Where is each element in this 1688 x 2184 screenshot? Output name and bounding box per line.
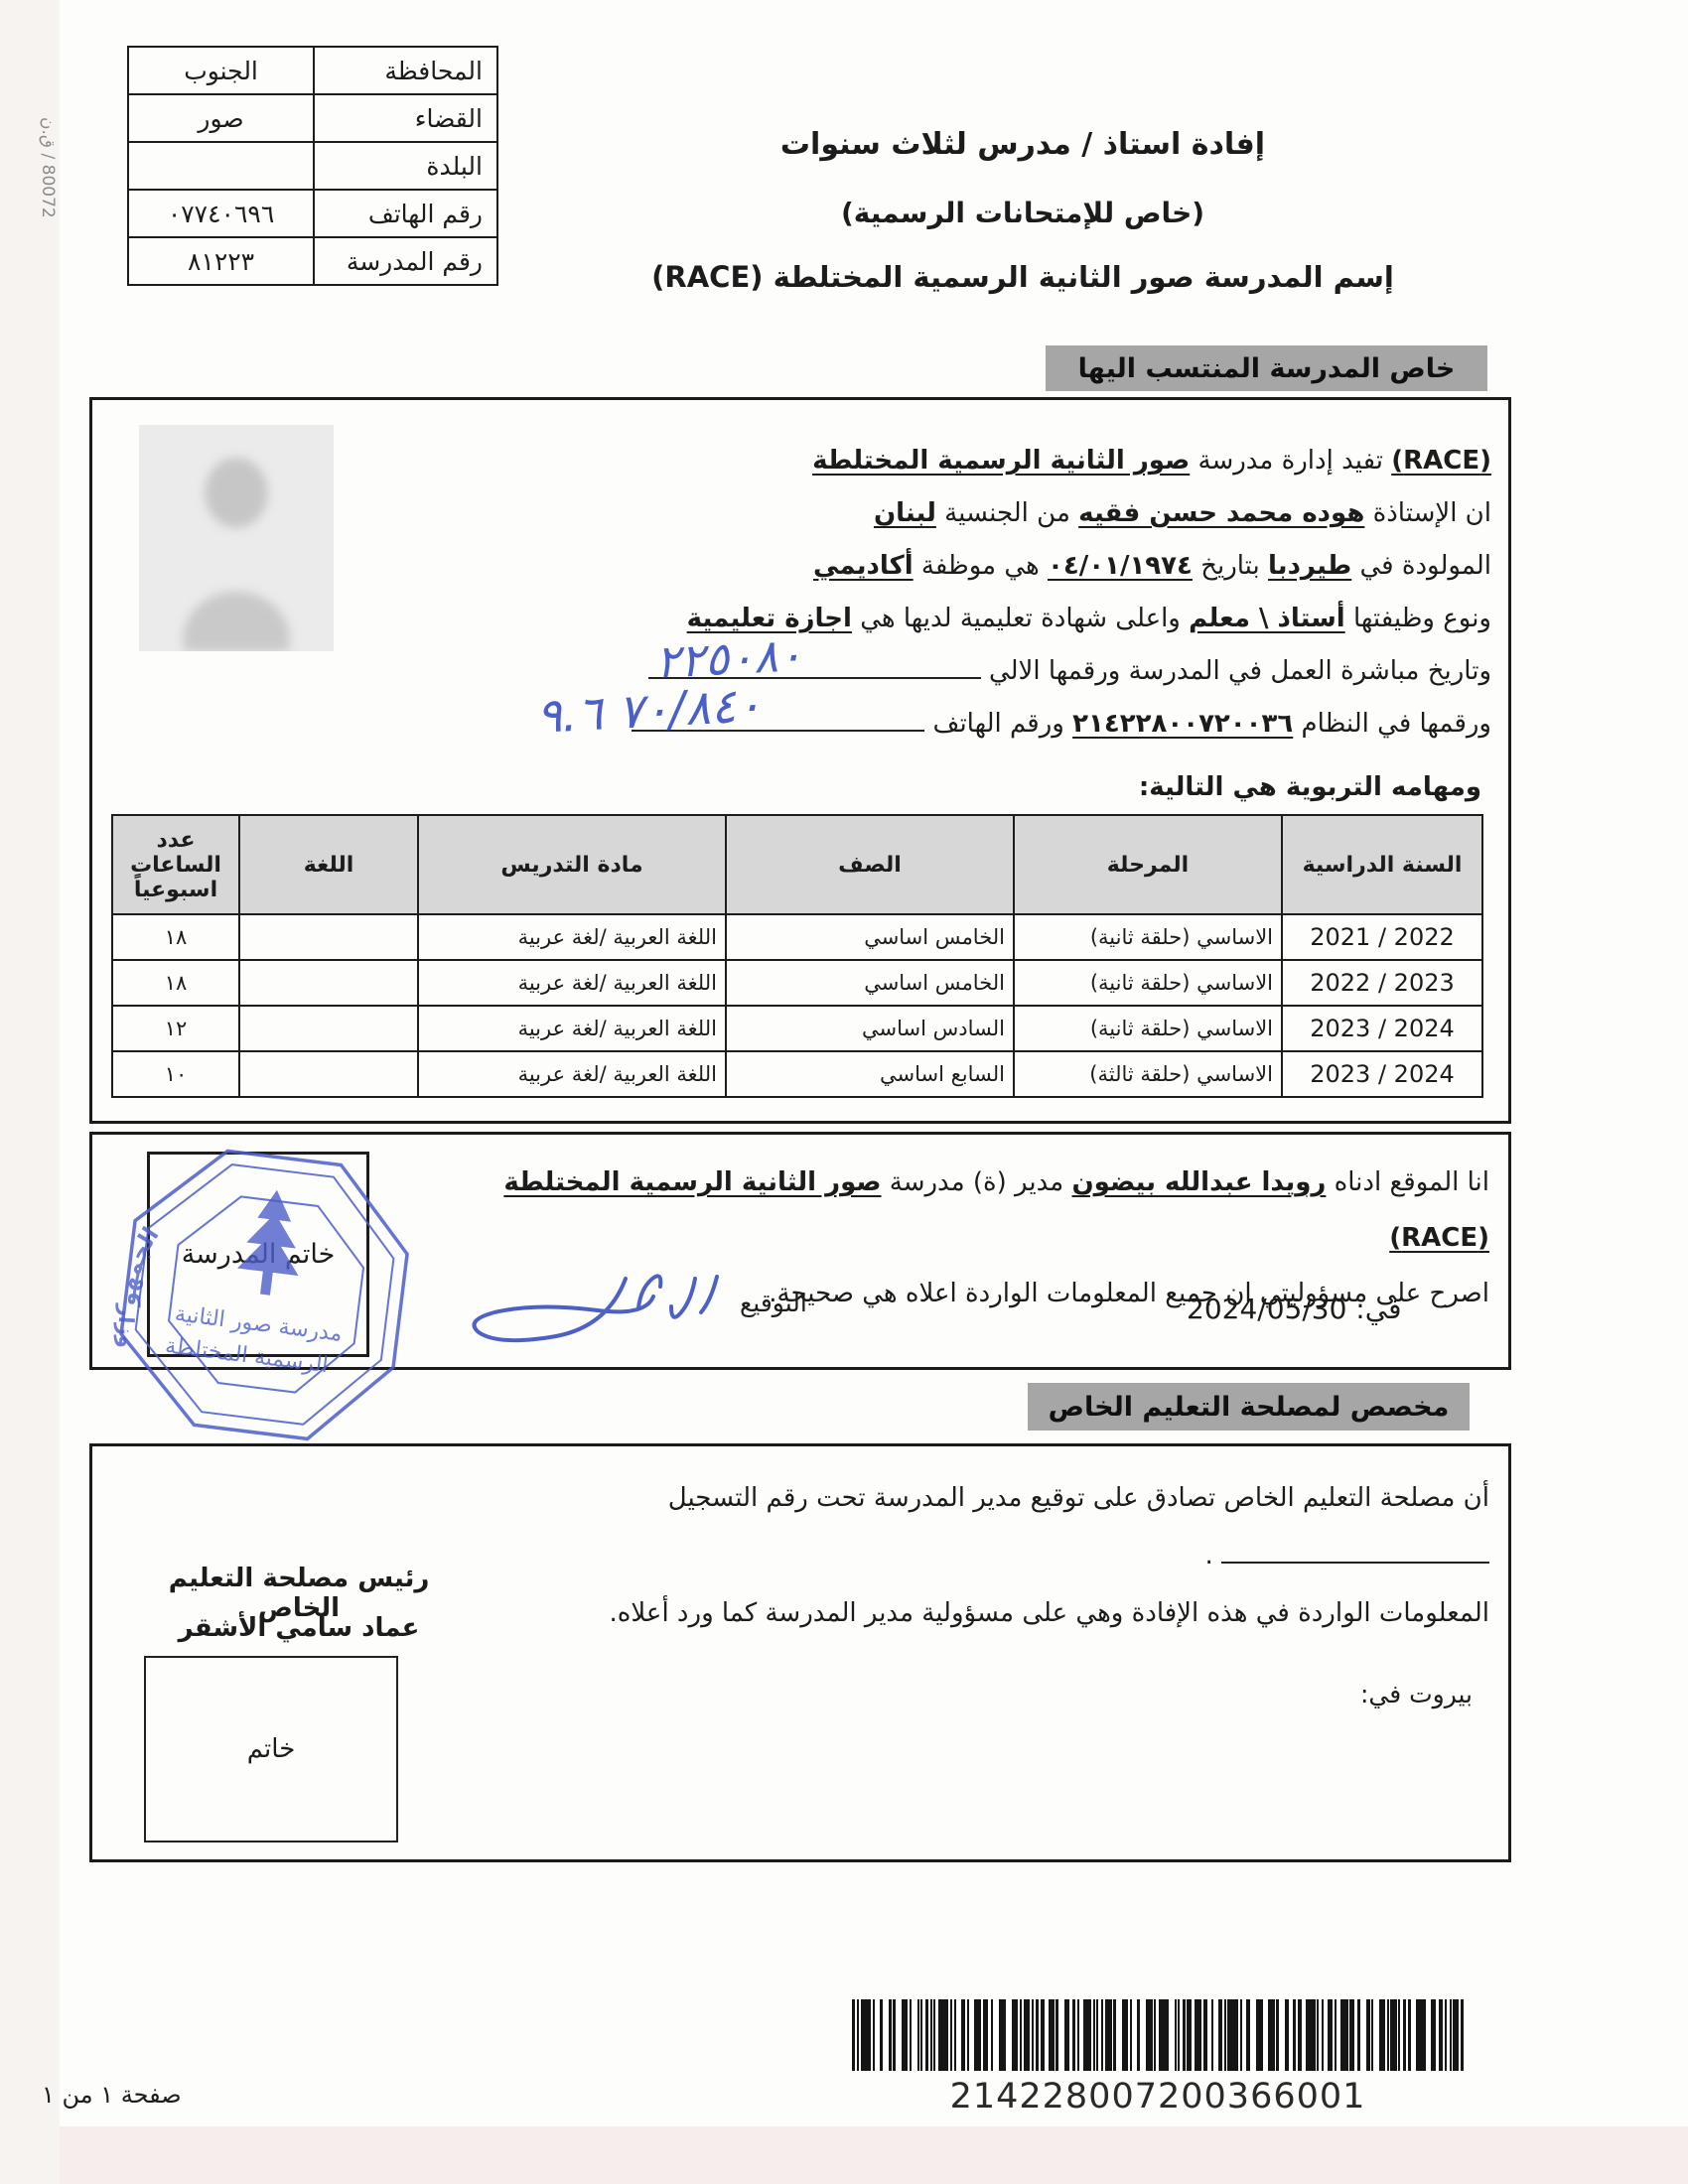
principal-signature-ink bbox=[457, 1249, 755, 1363]
paragraph-line: (RACE) تفيد إدارة مدرسة صور الثانية الرس… bbox=[556, 435, 1491, 487]
document-title: إفادة استاذ / مدرس لثلاث سنوات bbox=[526, 127, 1519, 162]
table-row: رقم الهاتف ٠٧٧٤٠٦٩٦ bbox=[128, 190, 497, 237]
text-segment: مدير (ة) مدرسة bbox=[890, 1167, 1063, 1197]
date-label: في: bbox=[1355, 1293, 1401, 1325]
cell-grade: الخامس اساسي bbox=[726, 960, 1014, 1006]
cell-hours: ١٢ bbox=[112, 1006, 239, 1051]
barcode bbox=[852, 1999, 1464, 2071]
info-value: الجنوب bbox=[128, 47, 314, 94]
text-segment: ونوع وظيفتها bbox=[1353, 604, 1491, 633]
document-subtitle: (خاص للإمتحانات الرسمية) bbox=[526, 197, 1519, 229]
info-label: المحافظة bbox=[314, 47, 497, 94]
cell-stage: الاساسي (حلقة ثانية) bbox=[1014, 914, 1282, 960]
portrait-silhouette bbox=[139, 425, 334, 651]
text-segment: انا الموقع ادناه bbox=[1335, 1167, 1489, 1197]
system-number: ٢١٤٢٢٨٠٠٧٢٠٠٣٦ bbox=[1072, 709, 1293, 739]
info-label: القضاء bbox=[314, 94, 497, 142]
principal-name: رويدا عبدالله بيضون bbox=[1071, 1167, 1326, 1197]
cell-stage: الاساسي (حلقة ثانية) bbox=[1014, 960, 1282, 1006]
text-segment: ورقم الهاتف bbox=[933, 709, 1064, 739]
school-name: صور الثانية الرسمية المختلطة bbox=[812, 446, 1190, 476]
photo-placeholder bbox=[139, 425, 334, 651]
school-info-table: المحافظة الجنوب القضاء صور البلدة رقم ال… bbox=[127, 46, 498, 286]
col-header-hours: عدد الساعات اسبوعياً bbox=[112, 815, 239, 914]
school-stamp-ink: الجمهورية اللبنانية مدرسة صور الثانية ال… bbox=[66, 1128, 463, 1470]
teaching-record-table: السنة الدراسية المرحلة الصف مادة التدريس… bbox=[111, 814, 1483, 1098]
text-segment: . bbox=[1204, 1541, 1212, 1570]
col-header-subject: مادة التدريس bbox=[418, 815, 726, 914]
scan-edge-left bbox=[0, 0, 60, 2184]
table-row: 2023 / 2024 الاساسي (حلقة ثالثة) السابع … bbox=[112, 1051, 1482, 1097]
authority-stamp-frame-label: خاتم bbox=[247, 1734, 296, 1764]
employee-type: أكاديمي bbox=[813, 551, 914, 581]
birthdate: ٠٤/٠١/١٩٧٤ bbox=[1048, 551, 1193, 581]
side-reference-code: 80072 / ق.ن bbox=[38, 117, 58, 218]
date-value: 2024/05/30 bbox=[1187, 1293, 1346, 1325]
info-label: رقم الهاتف bbox=[314, 190, 497, 237]
info-label: البلدة bbox=[314, 142, 497, 190]
col-header-grade: الصف bbox=[726, 815, 1014, 914]
text-segment: واعلى شهادة تعليمية لديها هي bbox=[860, 604, 1181, 633]
scanned-document-page: 80072 / ق.ن المحافظة الجنوب القضاء صور ا… bbox=[0, 0, 1688, 2184]
chief-name: عماد سامي الأشقر bbox=[127, 1613, 471, 1643]
col-header-stage: المرحلة bbox=[1014, 815, 1282, 914]
barcode-number: 214228007200366001 bbox=[852, 2077, 1464, 2116]
info-value: ٠٧٧٤٠٦٩٦ bbox=[128, 190, 314, 237]
text-segment: بتاريخ bbox=[1200, 551, 1260, 581]
text-segment: أن مصلحة التعليم الخاص تصادق على توقيع م… bbox=[668, 1483, 1489, 1513]
table-row: رقم المدرسة ٨١٢٢٣ bbox=[128, 237, 497, 285]
cell-language bbox=[239, 1051, 418, 1097]
cell-year: 2022 / 2023 bbox=[1282, 960, 1482, 1006]
paragraph-line: ان الإستاذة هوده محمد حسن فقيه من الجنسي… bbox=[556, 487, 1491, 540]
info-value bbox=[128, 142, 314, 190]
nationality: لبنان bbox=[874, 498, 936, 528]
cell-year: 2023 / 2024 bbox=[1282, 1006, 1482, 1051]
birthplace: طيردبا bbox=[1268, 551, 1351, 581]
cell-hours: ١٠ bbox=[112, 1051, 239, 1097]
cell-subject: اللغة العربية /لغة عربية bbox=[418, 1006, 726, 1051]
cell-hours: ١٨ bbox=[112, 914, 239, 960]
table-row: 2023 / 2024 الاساسي (حلقة ثانية) السادس … bbox=[112, 1006, 1482, 1051]
section-bar-school: خاص المدرسة المنتسب اليها bbox=[1046, 345, 1487, 391]
section-bar-private-education: مخصص لمصلحة التعليم الخاص bbox=[1028, 1383, 1470, 1431]
cell-language bbox=[239, 1006, 418, 1051]
school-name-title: إسم المدرسة صور الثانية الرسمية المختلطة… bbox=[526, 260, 1519, 294]
cell-hours: ١٨ bbox=[112, 960, 239, 1006]
text-segment: وتاريخ مباشرة العمل في المدرسة ورقمها ال… bbox=[989, 656, 1491, 686]
text-segment: ان الإستاذة bbox=[1373, 498, 1491, 528]
stamp-text-republic: الجمهورية اللبنانية bbox=[66, 1128, 182, 1310]
table-row: المحافظة الجنوب bbox=[128, 47, 497, 94]
table-row: 2022 / 2023 الاساسي (حلقة ثانية) الخامس … bbox=[112, 960, 1482, 1006]
text-segment: من الجنسية bbox=[944, 498, 1070, 528]
info-label: رقم المدرسة bbox=[314, 237, 497, 285]
info-value: صور bbox=[128, 94, 314, 142]
declaration-date: في: 2024/05/30 bbox=[1187, 1293, 1484, 1325]
cell-stage: الاساسي (حلقة ثانية) bbox=[1014, 1006, 1282, 1051]
teacher-name: هوده محمد حسن فقيه bbox=[1078, 498, 1364, 528]
svg-text:الجمهورية اللبنانية: الجمهورية اللبنانية bbox=[66, 1128, 182, 1310]
col-header-year: السنة الدراسية bbox=[1282, 815, 1482, 914]
info-value: ٨١٢٢٣ bbox=[128, 237, 314, 285]
table-header-row: السنة الدراسية المرحلة الصف مادة التدريس… bbox=[112, 815, 1482, 914]
cell-language bbox=[239, 960, 418, 1006]
job-title: أستاذ \ معلم bbox=[1189, 604, 1345, 633]
table-row: القضاء صور bbox=[128, 94, 497, 142]
certification-line: المعلومات الواردة في هذه الإفادة وهي على… bbox=[427, 1584, 1489, 1642]
cell-grade: الخامس اساسي bbox=[726, 914, 1014, 960]
col-header-language: اللغة bbox=[239, 815, 418, 914]
certification-line: أن مصلحة التعليم الخاص تصادق على توقيع م… bbox=[427, 1469, 1489, 1584]
duties-heading: ومهامه التربوية هي التالية: bbox=[1092, 772, 1481, 802]
scan-edge-bottom bbox=[0, 2126, 1688, 2184]
handwritten-phone: ٧٠/٨٤٠ ٩.٦ bbox=[535, 677, 764, 745]
paragraph-line: المولودة في طيردبا بتاريخ ٠٤/٠١/١٩٧٤ هي … bbox=[556, 540, 1491, 593]
registration-number-blank bbox=[1221, 1540, 1489, 1564]
cell-grade: السابع اساسي bbox=[726, 1051, 1014, 1097]
text-segment: هي موظفة bbox=[921, 551, 1040, 581]
cell-subject: اللغة العربية /لغة عربية bbox=[418, 960, 726, 1006]
text-segment: تفيد إدارة مدرسة bbox=[1198, 446, 1383, 476]
certification-paragraph: أن مصلحة التعليم الخاص تصادق على توقيع م… bbox=[427, 1469, 1489, 1642]
text-segment: المولودة في bbox=[1359, 551, 1491, 581]
race-code: (RACE) bbox=[1391, 446, 1491, 476]
text-segment: ورقمها في النظام bbox=[1302, 709, 1491, 739]
cell-subject: اللغة العربية /لغة عربية bbox=[418, 1051, 726, 1097]
place-date-label: بيروت في: bbox=[1274, 1680, 1473, 1708]
cell-grade: السادس اساسي bbox=[726, 1006, 1014, 1051]
cell-year: 2021 / 2022 bbox=[1282, 914, 1482, 960]
cell-language bbox=[239, 914, 418, 960]
cell-year: 2023 / 2024 bbox=[1282, 1051, 1482, 1097]
cell-stage: الاساسي (حلقة ثالثة) bbox=[1014, 1051, 1282, 1097]
page-number-footer: صفحة ١ من ١ bbox=[42, 2081, 182, 2109]
table-row: البلدة bbox=[128, 142, 497, 190]
authority-stamp-frame: خاتم bbox=[144, 1656, 398, 1843]
table-row: 2021 / 2022 الاساسي (حلقة ثانية) الخامس … bbox=[112, 914, 1482, 960]
cell-subject: اللغة العربية /لغة عربية bbox=[418, 914, 726, 960]
